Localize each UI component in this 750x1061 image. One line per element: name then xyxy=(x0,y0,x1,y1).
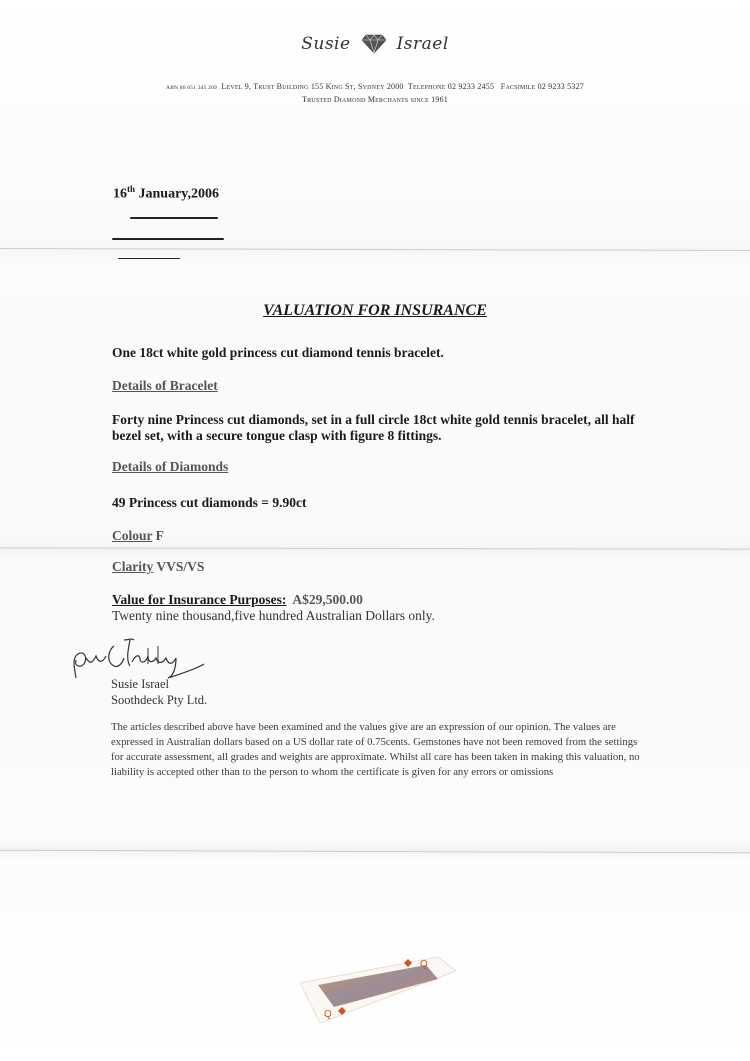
clarity-row: Clarity VVS/VS xyxy=(112,559,204,575)
colour-value: F xyxy=(156,528,164,543)
colour-label: Colour xyxy=(112,528,152,543)
value-label: Value for Insurance Purposes: xyxy=(112,592,286,607)
facsimile-text: Facsimile 02 9233 5327 xyxy=(501,82,584,91)
value-in-words: Twenty nine thousand,five hundred Austra… xyxy=(112,608,435,624)
logo-brand-right: Israel xyxy=(397,34,449,54)
colour-row: Colour F xyxy=(112,528,164,544)
redaction-line xyxy=(130,217,218,219)
insurance-value-row: Value for Insurance Purposes: A$29,500.0… xyxy=(112,592,363,608)
address-text: Level 9, Trust Building 155 King St, Syd… xyxy=(221,82,403,91)
date-rest: January,2006 xyxy=(135,187,219,202)
disclaimer-text: The articles described above have been e… xyxy=(111,720,651,780)
signatory-name: Susie Israel xyxy=(111,676,207,692)
tagline: Trusted Diamond Merchants since 1961 xyxy=(0,94,750,105)
company-logo: Susie Israel xyxy=(0,34,750,54)
diamond-icon xyxy=(361,34,387,54)
clarity-label: Clarity xyxy=(112,559,153,574)
bracelet-description: Forty nine Princess cut diamonds, set in… xyxy=(112,412,652,444)
signatory-block: Susie Israel Soothdeck Pty Ltd. xyxy=(111,676,207,708)
value-amount: A$29,500.00 xyxy=(292,592,363,607)
svg-text:Q: Q xyxy=(324,1009,332,1020)
letterhead-contact: ABN 86 051 345 209 Level 9, Trust Buildi… xyxy=(0,81,750,105)
bracelet-heading: Details of Bracelet xyxy=(112,378,218,394)
redaction-line xyxy=(112,238,224,240)
date-day: 16 xyxy=(113,187,127,202)
signatory-company: Soothdeck Pty Ltd. xyxy=(111,692,207,708)
item-intro: One 18ct white gold princess cut diamond… xyxy=(112,345,444,361)
letter-date: 16th January,2006 xyxy=(113,184,219,203)
document-title: VALUATION FOR INSURANCE xyxy=(0,302,750,320)
clarity-value: VVS/VS xyxy=(156,559,204,574)
diamond-count: 49 Princess cut diamonds = 9.90ct xyxy=(112,495,306,511)
date-suffix: th xyxy=(127,184,135,194)
diamonds-heading: Details of Diamonds xyxy=(112,459,228,475)
redaction-line xyxy=(118,258,180,259)
logo-brand-left: Susie xyxy=(301,34,350,54)
document-title-text: VALUATION FOR INSURANCE xyxy=(263,302,487,319)
abn-text: ABN 86 051 345 209 xyxy=(166,85,217,91)
telephone-text: Telephone 02 9233 2455 xyxy=(408,82,494,91)
svg-text:Q: Q xyxy=(420,959,428,970)
playing-card-image: Q Q xyxy=(300,945,460,1025)
